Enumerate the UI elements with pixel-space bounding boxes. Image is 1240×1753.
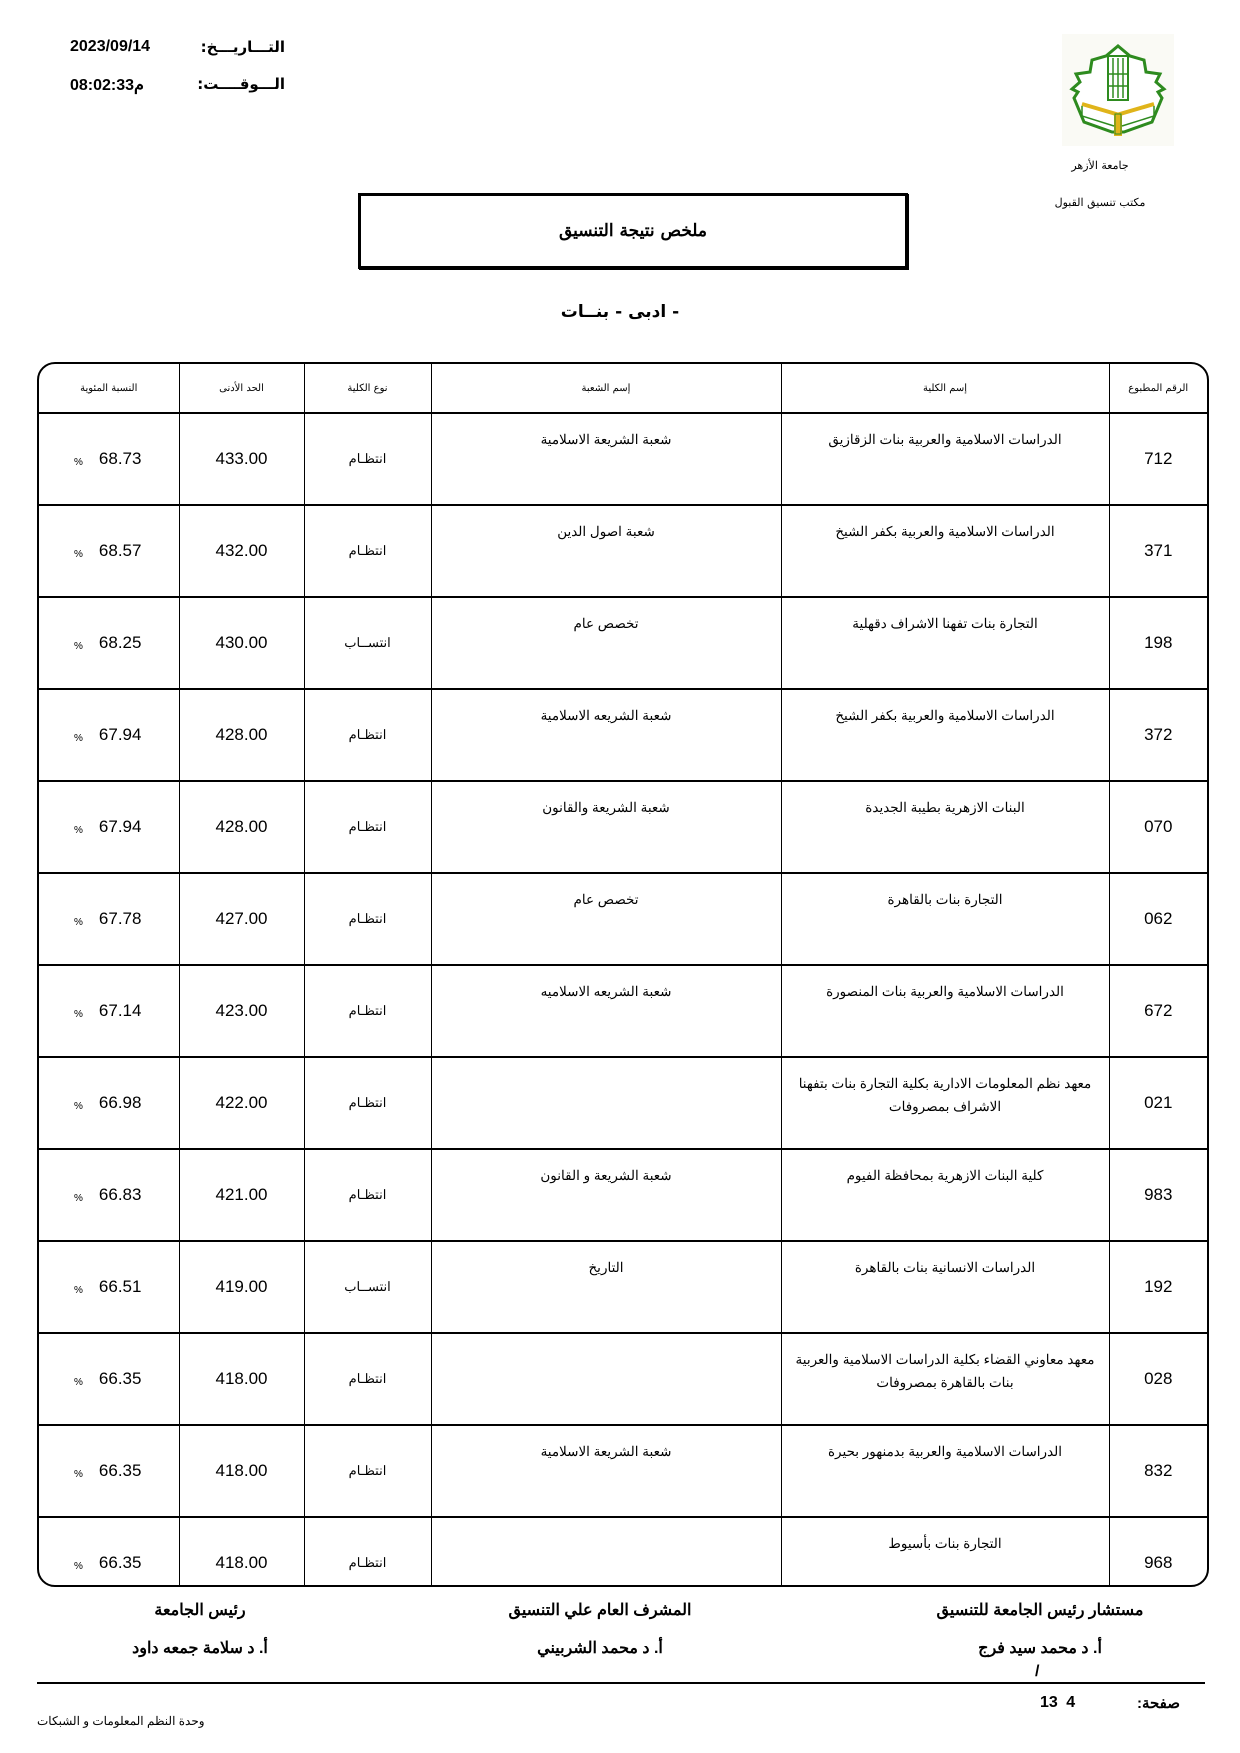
cell-type: انتظـام (304, 413, 431, 505)
cell-branch: التاريخ (431, 1241, 781, 1333)
percent-sign: % (74, 1469, 83, 1480)
cell-percentage: %68.73 (39, 413, 179, 505)
table-row: 198التجارة بنات تفهنا الاشراف دقهليةتخصص… (39, 597, 1207, 689)
percentage-value: 67.78 (99, 909, 142, 929)
time-row: م08:02:33 الـــوقــــت: (70, 75, 285, 99)
page-label: صفحة: (1137, 1694, 1180, 1712)
percentage-value: 66.35 (99, 1461, 142, 1481)
percentage-value: 66.35 (99, 1553, 142, 1573)
cell-min-score: 418.00 (179, 1425, 304, 1517)
cell-min-score: 421.00 (179, 1149, 304, 1241)
table-row: 028معهد معاوني القضاء بكلية الدراسات الا… (39, 1333, 1207, 1425)
percent-sign: % (74, 825, 83, 836)
cell-type: انتســاب (304, 1241, 431, 1333)
cell-branch: تخصص عام (431, 597, 781, 689)
cell-college: كلية البنات الازهرية بمحافظة الفيوم (781, 1149, 1109, 1241)
column-header-type: نوع الكلية (304, 364, 431, 413)
percent-sign: % (74, 1285, 83, 1296)
signature-title: رئيس الجامعة (40, 1600, 360, 1624)
cell-min-score: 430.00 (179, 597, 304, 689)
cell-branch: شعبة الشريعة و القانون (431, 1149, 781, 1241)
cell-min-score: 422.00 (179, 1057, 304, 1149)
cell-college: الدراسات الاسلامية والعربية بنات المنصور… (781, 965, 1109, 1057)
cell-type: انتظـام (304, 1425, 431, 1517)
cell-branch: شعبة الشريعة الاسلامية (431, 413, 781, 505)
cell-percentage: %66.35 (39, 1425, 179, 1517)
cell-id: 371 (1109, 505, 1207, 597)
date-value: 2023/09/14 (70, 38, 150, 56)
cell-id: 070 (1109, 781, 1207, 873)
cell-id: 672 (1109, 965, 1207, 1057)
percentage-value: 66.35 (99, 1369, 142, 1389)
report-title: ملخص نتيجة التنسيق (559, 221, 707, 241)
signature-general-supervisor: المشرف العام علي التنسيق أ. د محمد الشرب… (440, 1600, 760, 1658)
cell-college: البنات الازهرية بطيبة الجديدة (781, 781, 1109, 873)
cell-college: الدراسات الاسلامية والعربية بدمنهور بحير… (781, 1425, 1109, 1517)
al-azhar-logo-icon (1062, 34, 1174, 146)
cell-type: انتظـام (304, 1149, 431, 1241)
table-header-row: الرقم المطبوع إسم الكلية إسم الشعبة نوع … (39, 364, 1207, 413)
column-header-branch: إسم الشعبة (431, 364, 781, 413)
table-row: 371الدراسات الاسلامية والعربية بكفر الشي… (39, 505, 1207, 597)
percent-sign: % (74, 733, 83, 744)
cell-id: 028 (1109, 1333, 1207, 1425)
signature-university-president: رئيس الجامعة أ. د سلامة جمعه داود (40, 1600, 360, 1658)
cell-percentage: %68.57 (39, 505, 179, 597)
cell-type: انتظـام (304, 689, 431, 781)
percent-sign: % (74, 1193, 83, 1204)
cell-percentage: %67.94 (39, 689, 179, 781)
cell-percentage: %66.35 (39, 1517, 179, 1587)
cell-id: 832 (1109, 1425, 1207, 1517)
time-value: م08:02:33 (70, 75, 144, 95)
cell-college: التجارة بنات بأسيوط (781, 1517, 1109, 1587)
page-indicator: 13 4 (1040, 1694, 1075, 1712)
percent-sign: % (74, 1377, 83, 1388)
cell-branch: شعبة الشريعه الاسلاميه (431, 965, 781, 1057)
column-header-college: إسم الكلية (781, 364, 1109, 413)
report-subtitle: - ادبى - بنــات (0, 302, 1240, 322)
cell-min-score: 428.00 (179, 781, 304, 873)
cell-branch: شعبة الشريعه الاسلامية (431, 689, 781, 781)
table-row: 672الدراسات الاسلامية والعربية بنات المن… (39, 965, 1207, 1057)
column-header-id: الرقم المطبوع (1109, 364, 1207, 413)
report-title-box: ملخص نتيجة التنسيق (358, 193, 908, 269)
page-current: 4 (1066, 1694, 1075, 1711)
cell-percentage: %66.51 (39, 1241, 179, 1333)
cell-type: انتســاب (304, 597, 431, 689)
percentage-value: 66.98 (99, 1093, 142, 1113)
percentage-value: 67.94 (99, 725, 142, 745)
table-row: 968التجارة بنات بأسيوطانتظـام418.00%66.3… (39, 1517, 1207, 1587)
office-name: مكتب تنسيق القبول (1030, 196, 1170, 209)
time-label: الـــوقــــت: (197, 75, 285, 93)
percent-sign: % (74, 457, 83, 468)
footer-divider (37, 1682, 1205, 1684)
cell-min-score: 418.00 (179, 1517, 304, 1587)
cell-min-score: 427.00 (179, 873, 304, 965)
cell-percentage: %67.14 (39, 965, 179, 1057)
cell-type: انتظـام (304, 781, 431, 873)
cell-type: انتظـام (304, 505, 431, 597)
cell-id: 968 (1109, 1517, 1207, 1587)
cell-min-score: 423.00 (179, 965, 304, 1057)
org-name: جامعة الأزهر (1030, 159, 1170, 172)
table-row: 021معهد نظم المعلومات الادارية بكلية الت… (39, 1057, 1207, 1149)
cell-type: انتظـام (304, 1517, 431, 1587)
cell-college: الدراسات الانسانية بنات بالقاهرة (781, 1241, 1109, 1333)
percentage-value: 68.57 (99, 541, 142, 561)
cell-min-score: 418.00 (179, 1333, 304, 1425)
column-header-min-score: الحد الأدنى (179, 364, 304, 413)
cell-percentage: %66.83 (39, 1149, 179, 1241)
cell-college: الدراسات الاسلامية والعربية بكفر الشيخ (781, 689, 1109, 781)
cell-branch: شعبة اصول الدين (431, 505, 781, 597)
cell-college: معهد نظم المعلومات الادارية بكلية التجار… (781, 1057, 1109, 1149)
unit-name: وحدة النظم المعلومات و الشبكات (37, 1714, 205, 1728)
percentage-value: 66.51 (99, 1277, 142, 1297)
cell-branch: شعبة الشريعة الاسلامية (431, 1425, 781, 1517)
cell-percentage: %66.98 (39, 1057, 179, 1149)
cell-percentage: %67.78 (39, 873, 179, 965)
results-table: الرقم المطبوع إسم الكلية إسم الشعبة نوع … (39, 364, 1207, 1587)
signature-name: أ. د محمد الشربيني (440, 1638, 760, 1658)
cell-branch: تخصص عام (431, 873, 781, 965)
cell-id: 062 (1109, 873, 1207, 965)
cell-percentage: %68.25 (39, 597, 179, 689)
cell-type: انتظـام (304, 1057, 431, 1149)
cell-type: انتظـام (304, 1333, 431, 1425)
cell-branch (431, 1057, 781, 1149)
table-row: 712الدراسات الاسلامية والعربية بنات الزق… (39, 413, 1207, 505)
percentage-value: 67.14 (99, 1001, 142, 1021)
cell-min-score: 419.00 (179, 1241, 304, 1333)
cell-id: 192 (1109, 1241, 1207, 1333)
signature-title: المشرف العام علي التنسيق (440, 1600, 760, 1624)
cell-branch (431, 1517, 781, 1587)
table-row: 983كلية البنات الازهرية بمحافظة الفيومشع… (39, 1149, 1207, 1241)
signature-title: مستشار رئيس الجامعة للتنسيق (880, 1600, 1200, 1624)
cell-college: التجارة بنات تفهنا الاشراف دقهلية (781, 597, 1109, 689)
cell-college: الدراسات الاسلامية والعربية بكفر الشيخ (781, 505, 1109, 597)
table-row: 062التجارة بنات بالقاهرةتخصص عامانتظـام4… (39, 873, 1207, 965)
cell-type: انتظـام (304, 965, 431, 1057)
cell-min-score: 428.00 (179, 689, 304, 781)
cell-min-score: 433.00 (179, 413, 304, 505)
cell-min-score: 432.00 (179, 505, 304, 597)
table-row: 372الدراسات الاسلامية والعربية بكفر الشي… (39, 689, 1207, 781)
percentage-value: 68.25 (99, 633, 142, 653)
cell-id: 983 (1109, 1149, 1207, 1241)
table-row: 070البنات الازهرية بطيبة الجديدةشعبة الش… (39, 781, 1207, 873)
cell-percentage: %67.94 (39, 781, 179, 873)
signature-slash: / (1035, 1663, 1039, 1681)
date-row: 2023/09/14 التـــاريـــخ: (70, 38, 285, 62)
page-total: 13 (1040, 1694, 1058, 1711)
percent-sign: % (74, 1009, 83, 1020)
cell-percentage: %66.35 (39, 1333, 179, 1425)
table-row: 192الدراسات الانسانية بنات بالقاهرةالتار… (39, 1241, 1207, 1333)
percentage-value: 68.73 (99, 449, 142, 469)
percentage-value: 67.94 (99, 817, 142, 837)
signature-name: أ. د سلامة جمعه داود (40, 1638, 360, 1658)
cell-college: الدراسات الاسلامية والعربية بنات الزقازي… (781, 413, 1109, 505)
cell-type: انتظـام (304, 873, 431, 965)
cell-college: التجارة بنات بالقاهرة (781, 873, 1109, 965)
cell-branch: شعبة الشريعة والقانون (431, 781, 781, 873)
cell-branch (431, 1333, 781, 1425)
percent-sign: % (74, 1561, 83, 1572)
percent-sign: % (74, 917, 83, 928)
cell-id: 198 (1109, 597, 1207, 689)
results-table-container: الرقم المطبوع إسم الكلية إسم الشعبة نوع … (37, 362, 1209, 1587)
percent-sign: % (74, 549, 83, 560)
cell-college: معهد معاوني القضاء بكلية الدراسات الاسلا… (781, 1333, 1109, 1425)
cell-id: 021 (1109, 1057, 1207, 1149)
cell-id: 372 (1109, 689, 1207, 781)
date-label: التـــاريـــخ: (201, 38, 285, 56)
signature-coordination-advisor: مستشار رئيس الجامعة للتنسيق أ. د محمد سي… (880, 1600, 1200, 1658)
table-row: 832الدراسات الاسلامية والعربية بدمنهور ب… (39, 1425, 1207, 1517)
percentage-value: 66.83 (99, 1185, 142, 1205)
percent-sign: % (74, 1101, 83, 1112)
percent-sign: % (74, 641, 83, 652)
column-header-percentage: النسبة المئوية (39, 364, 179, 413)
signature-name: أ. د محمد سيد فرج (880, 1638, 1200, 1658)
cell-id: 712 (1109, 413, 1207, 505)
